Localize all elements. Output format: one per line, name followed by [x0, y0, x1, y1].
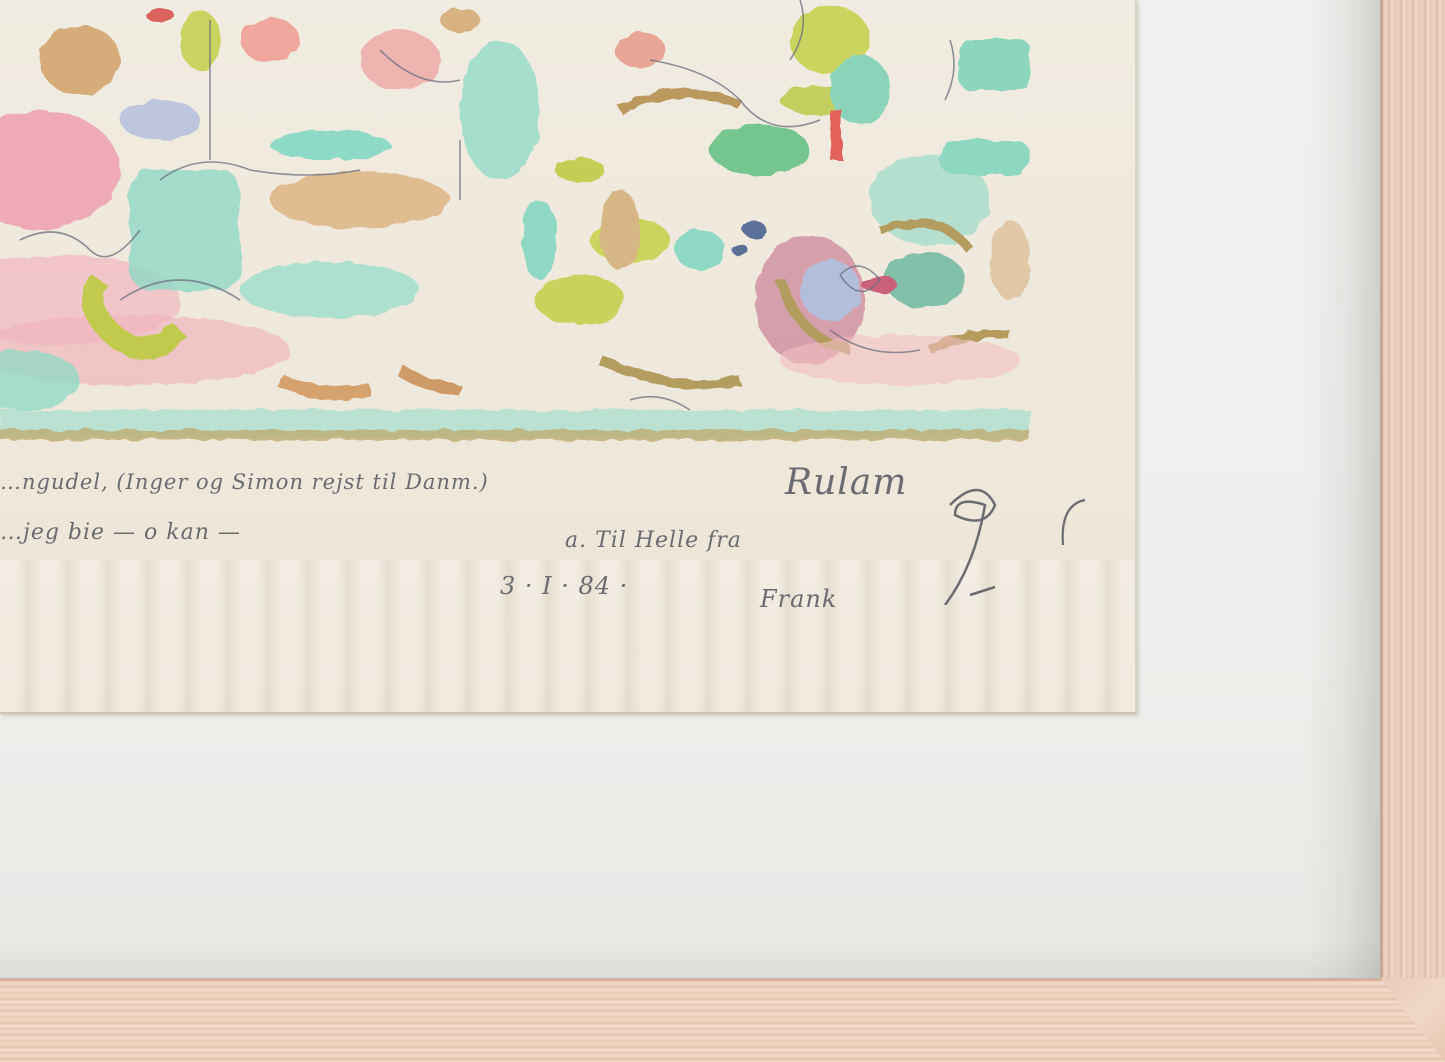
signed-name: Frank	[760, 585, 837, 613]
mat-shadow	[1305, 0, 1380, 978]
frame-bottom-rail	[0, 978, 1445, 1062]
watercolor-painting	[0, 0, 1135, 450]
frame-right-rail	[1380, 0, 1445, 1062]
artist-signature: Rulam	[785, 462, 907, 503]
pencil-curve-icon	[1055, 495, 1095, 555]
watercolor-paper: …ngudel, (Inger og Simon rejst til Danm.…	[0, 0, 1137, 714]
inscription-line1: …ngudel, (Inger og Simon rejst til Danm.…	[0, 470, 489, 494]
date: 3 · I · 84 ·	[500, 572, 628, 600]
signature-flourish-icon	[930, 465, 1010, 605]
mat-shadow-bottom	[0, 940, 1380, 978]
dedication: a. Til Helle fra	[565, 528, 742, 553]
inscription-line2: …jeg bie — o kan —	[0, 520, 241, 545]
